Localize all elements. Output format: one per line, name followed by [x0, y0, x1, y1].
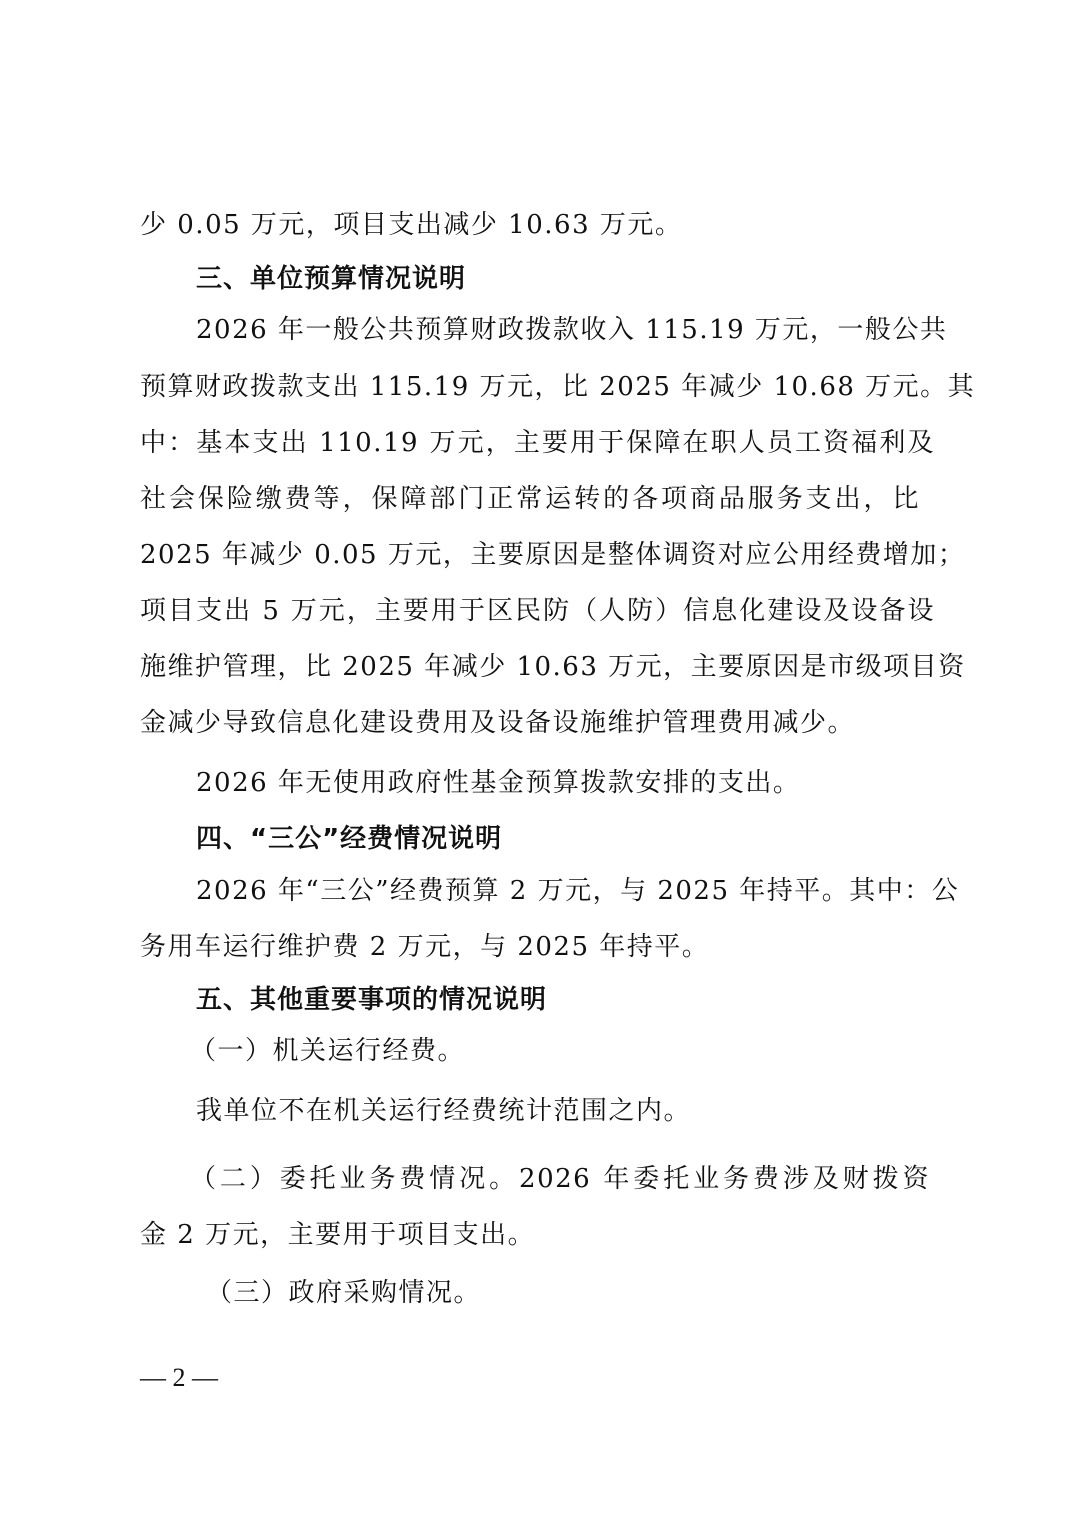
paragraph-line: 2026 年无使用政府性基金预算拨款安排的支出。	[196, 766, 996, 800]
paragraph-line: 2026 年“三公”经费预算 2 万元，与 2025 年持平。其中：公	[196, 874, 936, 908]
document-page: 少 0.05 万元，项目支出减少 10.63 万元。 三、单位预算情况说明 20…	[0, 0, 1074, 1520]
section-heading-other-matters: 五、其他重要事项的情况说明	[196, 983, 996, 1017]
subsection-heading: （三）政府采购情况。	[206, 1276, 1006, 1310]
paragraph-line: 施维护管理，比 2025 年减少 10.63 万元，主要原因是市级项目资	[140, 650, 935, 684]
paragraph-line: 社会保险缴费等，保障部门正常运转的各项商品服务支出，比	[140, 482, 920, 516]
paragraph-line: 务用车运行维护费 2 万元，与 2025 年持平。	[140, 930, 940, 964]
section-heading-three-public-expenses: 四、“三公”经费情况说明	[196, 822, 996, 856]
subsection-heading: （二）委托业务费情况。2026 年委托业务费涉及财拨资	[190, 1162, 930, 1196]
paragraph-line: 2025 年减少 0.05 万元，主要原因是整体调资对应公用经费增加；	[140, 538, 940, 572]
paragraph-line: 我单位不在机关运行经费统计范围之内。	[196, 1094, 996, 1128]
page-number: — 2 —	[140, 1361, 218, 1395]
paragraph-line: 2026 年一般公共预算财政拨款收入 115.19 万元，一般公共	[196, 313, 936, 347]
paragraph-line: 中：基本支出 110.19 万元，主要用于保障在职人员工资福利及	[140, 426, 935, 460]
paragraph-line: 金减少导致信息化建设费用及设备设施维护管理费用减少。	[140, 706, 940, 740]
paragraph-line: 项目支出 5 万元，主要用于区民防（人防）信息化建设及设备设	[140, 594, 935, 628]
paragraph-line: 金 2 万元，主要用于项目支出。	[140, 1218, 940, 1252]
section-heading-unit-budget: 三、单位预算情况说明	[196, 262, 996, 296]
paragraph-line: 预算财政拨款支出 115.19 万元，比 2025 年减少 10.68 万元。其	[140, 370, 935, 404]
paragraph-line: 少 0.05 万元，项目支出减少 10.63 万元。	[140, 208, 940, 242]
subsection-heading: （一）机关运行经费。	[190, 1034, 990, 1068]
